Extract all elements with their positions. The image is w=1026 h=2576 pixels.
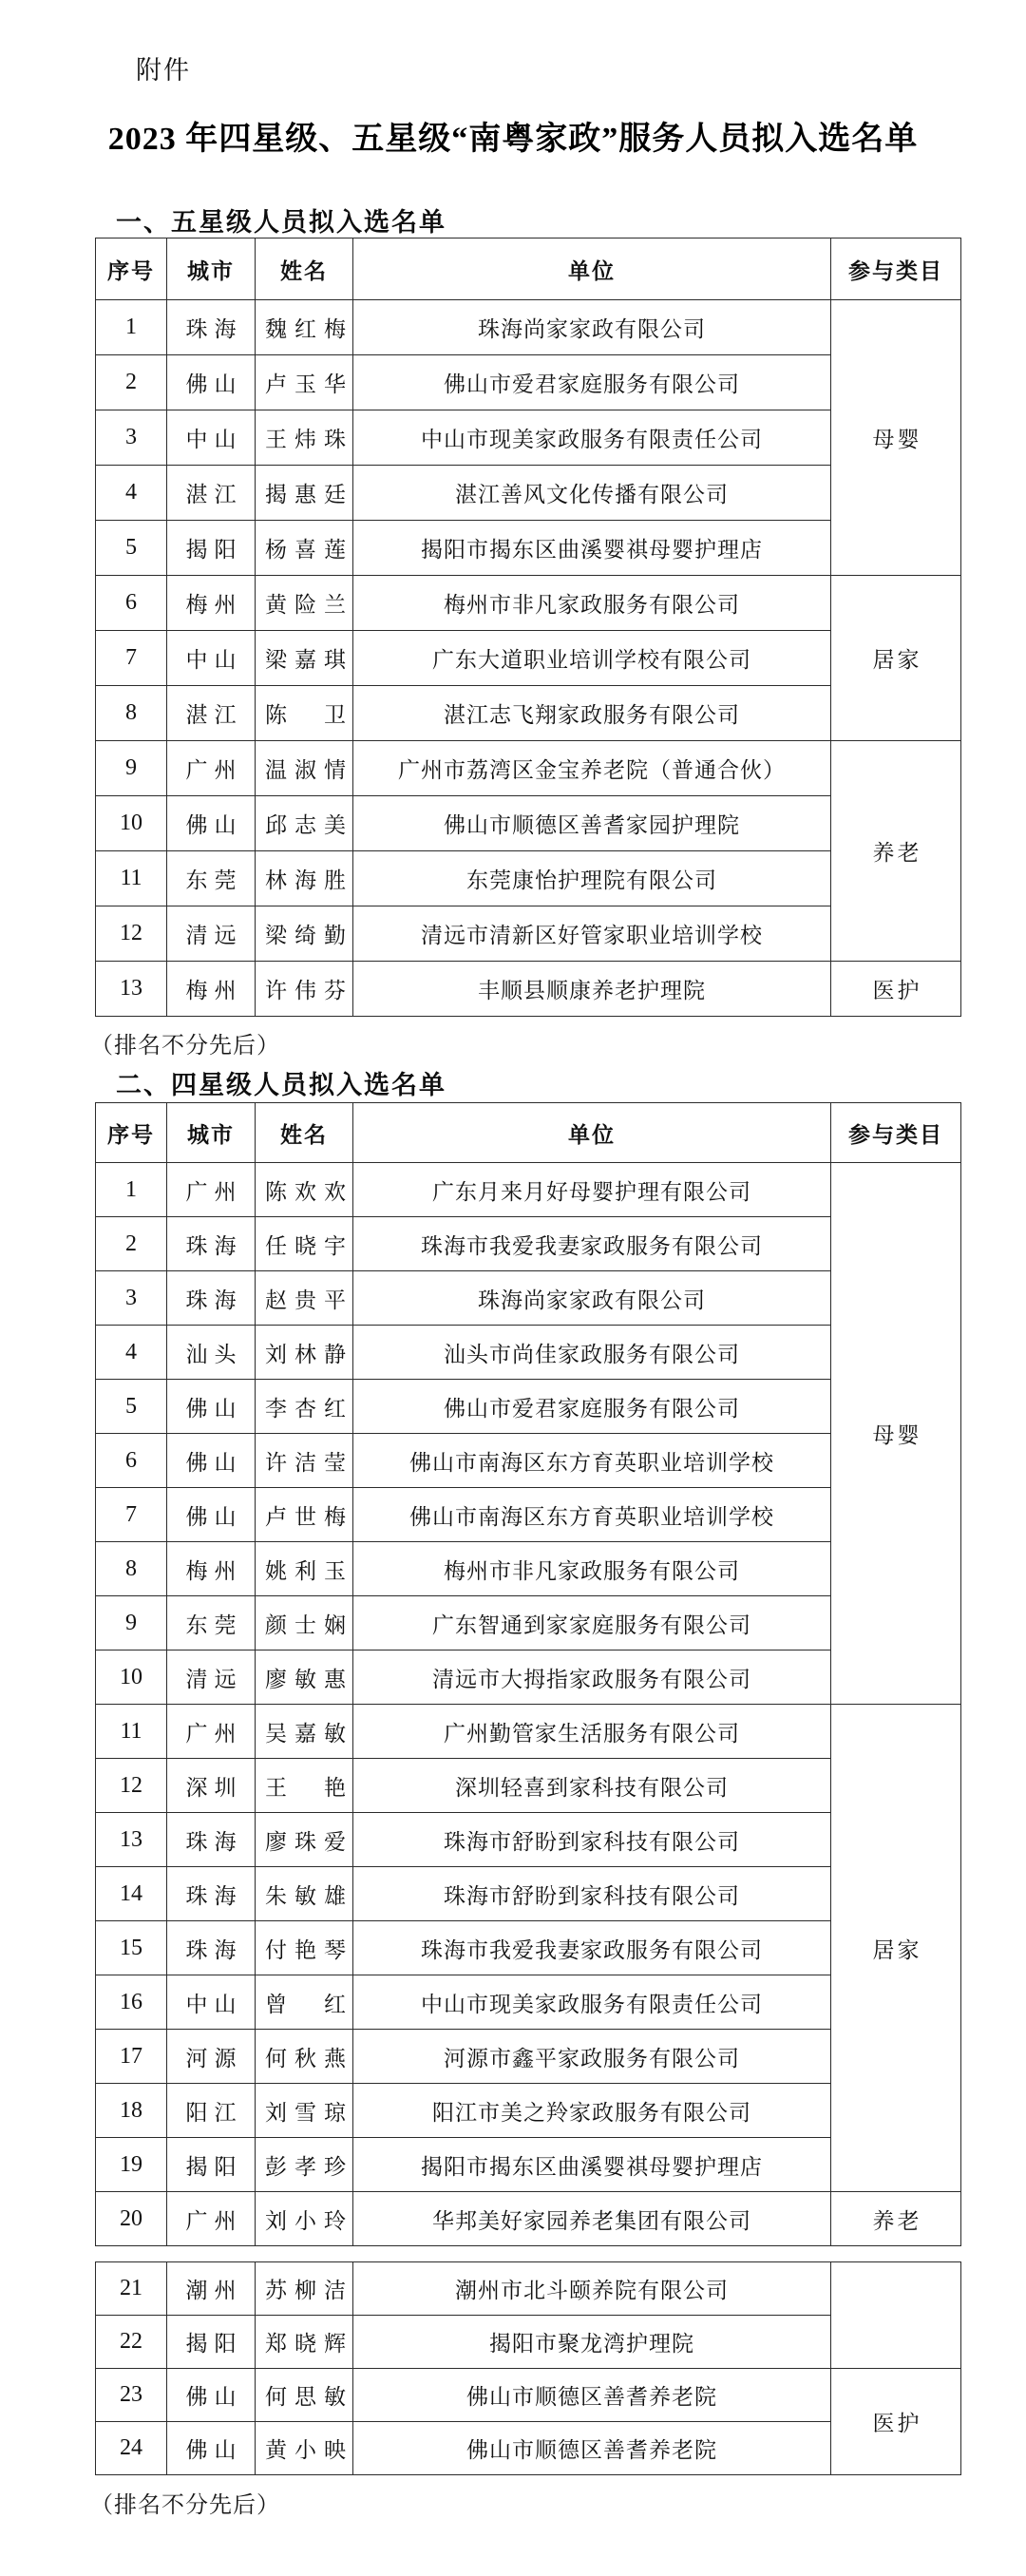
cell-city: 河源 [167, 2030, 256, 2084]
cell-city: 梅州 [167, 962, 256, 1017]
cell-city: 珠海 [167, 1271, 256, 1326]
cell-person-name: 郑晓辉 [256, 2316, 353, 2369]
cell-city: 佛山 [167, 1488, 256, 1542]
cell-city: 珠海 [167, 1813, 256, 1867]
cell-person-name: 许伟芬 [256, 962, 353, 1017]
cell-person-name: 廖敏惠 [256, 1651, 353, 1705]
cell-unit: 佛山市南海区东方育英职业培训学校 [353, 1488, 831, 1542]
cell-person-name: 刘林静 [256, 1326, 353, 1380]
cell-city: 清远 [167, 906, 256, 962]
cell-unit: 佛山市顺德区善耆养老院 [353, 2369, 831, 2422]
cell-serial-number: 7 [96, 1488, 167, 1542]
cell-person-name: 陈欢欢 [256, 1163, 353, 1217]
table-row: 13 梅州 许伟芬 丰顺县顺康养老护理院 医护 [96, 962, 961, 1017]
cell-person-name: 温淑情 [256, 741, 353, 796]
cell-city: 揭阳 [167, 2316, 256, 2369]
ranking-note-2: （排名不分先后） [90, 2486, 280, 2519]
cell-unit: 湛江志飞翔家政服务有限公司 [353, 686, 831, 741]
cell-serial-number: 6 [96, 1434, 167, 1488]
table-row: 11 广州 吴嘉敏 广州勤管家生活服务有限公司 居家 [96, 1705, 961, 1759]
cell-unit: 佛山市爱君家庭服务有限公司 [353, 1380, 831, 1434]
cell-unit: 揭阳市聚龙湾护理院 [353, 2316, 831, 2369]
cell-serial-number: 10 [96, 1651, 167, 1705]
cell-person-name: 何秋燕 [256, 2030, 353, 2084]
cell-city: 潮州 [167, 2262, 256, 2316]
five-star-table: 序号 城市 姓名 单位 参与类目 1 珠海 魏红梅 珠海尚家家政有限公司 母婴 … [95, 238, 961, 1017]
attachment-label: 附件 [136, 49, 191, 86]
cell-serial-number: 5 [96, 521, 167, 576]
cell-unit: 广东大道职业培训学校有限公司 [353, 631, 831, 686]
cell-serial-number: 8 [96, 1542, 167, 1596]
cell-serial-number: 4 [96, 1326, 167, 1380]
cell-serial-number: 2 [96, 1217, 167, 1271]
cell-unit: 珠海市舒盼到家科技有限公司 [353, 1867, 831, 1921]
cell-city: 中山 [167, 410, 256, 466]
cell-unit: 东莞康怡护理院有限公司 [353, 851, 831, 906]
table-row: 1 珠海 魏红梅 珠海尚家家政有限公司 母婴 [96, 300, 961, 355]
cell-serial-number: 9 [96, 741, 167, 796]
cell-unit: 河源市鑫平家政服务有限公司 [353, 2030, 831, 2084]
cell-person-name: 刘雪琼 [256, 2084, 353, 2138]
cell-unit: 广州市荔湾区金宝养老院（普通合伙） [353, 741, 831, 796]
cell-city: 中山 [167, 1975, 256, 2030]
cell-serial-number: 23 [96, 2369, 167, 2422]
cell-city: 东莞 [167, 1596, 256, 1651]
cell-serial-number: 12 [96, 1759, 167, 1813]
table-header-row: 序号 城市 姓名 单位 参与类目 [96, 1103, 961, 1163]
cell-city: 湛江 [167, 466, 256, 521]
cell-unit: 佛山市爱君家庭服务有限公司 [353, 355, 831, 410]
cell-unit: 潮州市北斗颐养院有限公司 [353, 2262, 831, 2316]
cell-city: 佛山 [167, 355, 256, 410]
cell-city: 珠海 [167, 1867, 256, 1921]
cell-serial-number: 12 [96, 906, 167, 962]
cell-category: 养老 [831, 2192, 961, 2246]
cell-city: 佛山 [167, 2422, 256, 2475]
cell-person-name: 揭惠廷 [256, 466, 353, 521]
cell-person-name: 卢玉华 [256, 355, 353, 410]
cell-unit: 湛江善风文化传播有限公司 [353, 466, 831, 521]
four-star-table-part-1: 序号 城市 姓名 单位 参与类目 1 广州 陈欢欢 广东月来月好母婴护理有限公司… [95, 1102, 961, 2246]
cell-person-name: 苏柳洁 [256, 2262, 353, 2316]
cell-unit: 珠海尚家家政有限公司 [353, 300, 831, 355]
cell-person-name: 黄险兰 [256, 576, 353, 631]
cell-city: 珠海 [167, 1217, 256, 1271]
cell-city: 梅州 [167, 1542, 256, 1596]
col-header-name: 姓名 [256, 1103, 353, 1163]
cell-serial-number: 9 [96, 1596, 167, 1651]
cell-city: 湛江 [167, 686, 256, 741]
cell-unit: 华邦美好家园养老集团有限公司 [353, 2192, 831, 2246]
cell-person-name: 曾 红 [256, 1975, 353, 2030]
ranking-note-1: （排名不分先后） [90, 1026, 280, 1059]
cell-serial-number: 15 [96, 1921, 167, 1975]
section-1-heading: 一、五星级人员拟入选名单 [116, 201, 446, 239]
cell-serial-number: 7 [96, 631, 167, 686]
cell-unit: 珠海尚家家政有限公司 [353, 1271, 831, 1326]
cell-unit: 揭阳市揭东区曲溪婴祺母婴护理店 [353, 521, 831, 576]
cell-category: 医护 [831, 2369, 961, 2475]
col-header-city: 城市 [167, 1103, 256, 1163]
cell-city: 深圳 [167, 1759, 256, 1813]
cell-unit: 中山市现美家政服务有限责任公司 [353, 410, 831, 466]
table-row: 23 佛山 何思敏 佛山市顺德区善耆养老院 医护 [96, 2369, 961, 2422]
cell-person-name: 彭孝珍 [256, 2138, 353, 2192]
cell-person-name: 何思敏 [256, 2369, 353, 2422]
section-2-heading: 二、四星级人员拟入选名单 [116, 1064, 446, 1101]
cell-person-name: 魏红梅 [256, 300, 353, 355]
cell-city: 广州 [167, 741, 256, 796]
cell-person-name: 刘小玲 [256, 2192, 353, 2246]
cell-unit: 广东智通到家家庭服务有限公司 [353, 1596, 831, 1651]
cell-serial-number: 3 [96, 1271, 167, 1326]
cell-city: 佛山 [167, 796, 256, 851]
cell-serial-number: 13 [96, 962, 167, 1017]
cell-person-name: 姚利玉 [256, 1542, 353, 1596]
cell-city: 广州 [167, 1163, 256, 1217]
document-page: 附件 2023 年四星级、五星级“南粤家政”服务人员拟入选名单 一、五星级人员拟… [0, 0, 1026, 2576]
cell-person-name: 梁绮勤 [256, 906, 353, 962]
cell-person-name: 许洁莹 [256, 1434, 353, 1488]
cell-city: 中山 [167, 631, 256, 686]
cell-unit: 汕头市尚佳家政服务有限公司 [353, 1326, 831, 1380]
cell-serial-number: 3 [96, 410, 167, 466]
cell-person-name: 颜士娴 [256, 1596, 353, 1651]
cell-city: 佛山 [167, 2369, 256, 2422]
cell-person-name: 陈 卫 [256, 686, 353, 741]
cell-city: 清远 [167, 1651, 256, 1705]
cell-city: 佛山 [167, 1380, 256, 1434]
cell-city: 珠海 [167, 300, 256, 355]
cell-unit: 梅州市非凡家政服务有限公司 [353, 1542, 831, 1596]
cell-city: 佛山 [167, 1434, 256, 1488]
cell-unit: 清远市大拇指家政服务有限公司 [353, 1651, 831, 1705]
col-header-city: 城市 [167, 239, 256, 300]
four-star-table-part-2: 21 潮州 苏柳洁 潮州市北斗颐养院有限公司 22 揭阳 郑晓辉 揭阳市聚龙湾护… [95, 2261, 961, 2475]
cell-unit: 丰顺县顺康养老护理院 [353, 962, 831, 1017]
cell-category: 居家 [831, 576, 961, 741]
cell-person-name: 朱敏雄 [256, 1867, 353, 1921]
cell-serial-number: 24 [96, 2422, 167, 2475]
cell-city: 东莞 [167, 851, 256, 906]
col-header-name: 姓名 [256, 239, 353, 300]
cell-person-name: 邱志美 [256, 796, 353, 851]
cell-city: 珠海 [167, 1921, 256, 1975]
table-row: 21 潮州 苏柳洁 潮州市北斗颐养院有限公司 [96, 2262, 961, 2316]
cell-person-name: 吴嘉敏 [256, 1705, 353, 1759]
cell-serial-number: 4 [96, 466, 167, 521]
cell-person-name: 付艳琴 [256, 1921, 353, 1975]
cell-city: 广州 [167, 1705, 256, 1759]
cell-person-name: 赵贵平 [256, 1271, 353, 1326]
cell-serial-number: 8 [96, 686, 167, 741]
cell-unit: 佛山市南海区东方育英职业培训学校 [353, 1434, 831, 1488]
cell-unit: 珠海市我爱我妻家政服务有限公司 [353, 1921, 831, 1975]
cell-person-name: 黄小映 [256, 2422, 353, 2475]
cell-serial-number: 11 [96, 851, 167, 906]
cell-city: 广州 [167, 2192, 256, 2246]
table-header-row: 序号 城市 姓名 单位 参与类目 [96, 239, 961, 300]
cell-category: 母婴 [831, 300, 961, 576]
cell-unit: 佛山市顺德区善耆家园护理院 [353, 796, 831, 851]
col-header-unit: 单位 [353, 239, 831, 300]
cell-person-name: 王 艳 [256, 1759, 353, 1813]
table-row: 6 梅州 黄险兰 梅州市非凡家政服务有限公司 居家 [96, 576, 961, 631]
cell-unit: 珠海市我爱我妻家政服务有限公司 [353, 1217, 831, 1271]
col-header-no: 序号 [96, 1103, 167, 1163]
cell-city: 汕头 [167, 1326, 256, 1380]
cell-unit: 阳江市美之羚家政服务有限公司 [353, 2084, 831, 2138]
cell-serial-number: 2 [96, 355, 167, 410]
cell-serial-number: 1 [96, 300, 167, 355]
cell-serial-number: 16 [96, 1975, 167, 2030]
cell-city: 阳江 [167, 2084, 256, 2138]
col-header-category: 参与类目 [831, 1103, 961, 1163]
cell-serial-number: 13 [96, 1813, 167, 1867]
cell-city: 揭阳 [167, 2138, 256, 2192]
cell-serial-number: 10 [96, 796, 167, 851]
table-row: 1 广州 陈欢欢 广东月来月好母婴护理有限公司 母婴 [96, 1163, 961, 1217]
table-row: 20 广州 刘小玲 华邦美好家园养老集团有限公司 养老 [96, 2192, 961, 2246]
cell-unit: 梅州市非凡家政服务有限公司 [353, 576, 831, 631]
cell-person-name: 王炜珠 [256, 410, 353, 466]
cell-city: 梅州 [167, 576, 256, 631]
cell-unit: 佛山市顺德区善耆养老院 [353, 2422, 831, 2475]
cell-serial-number: 21 [96, 2262, 167, 2316]
cell-person-name: 任晓宇 [256, 1217, 353, 1271]
document-title: 2023 年四星级、五星级“南粤家政”服务人员拟入选名单 [0, 112, 1026, 159]
cell-unit: 深圳轻喜到家科技有限公司 [353, 1759, 831, 1813]
cell-unit: 揭阳市揭东区曲溪婴祺母婴护理店 [353, 2138, 831, 2192]
col-header-unit: 单位 [353, 1103, 831, 1163]
cell-serial-number: 11 [96, 1705, 167, 1759]
cell-unit: 广东月来月好母婴护理有限公司 [353, 1163, 831, 1217]
cell-unit: 珠海市舒盼到家科技有限公司 [353, 1813, 831, 1867]
cell-serial-number: 19 [96, 2138, 167, 2192]
cell-serial-number: 17 [96, 2030, 167, 2084]
cell-person-name: 林海胜 [256, 851, 353, 906]
cell-person-name: 梁嘉琪 [256, 631, 353, 686]
cell-person-name: 廖珠爱 [256, 1813, 353, 1867]
cell-city: 揭阳 [167, 521, 256, 576]
cell-serial-number: 6 [96, 576, 167, 631]
cell-serial-number: 5 [96, 1380, 167, 1434]
cell-category: 居家 [831, 1705, 961, 2192]
cell-category: 医护 [831, 962, 961, 1017]
cell-serial-number: 22 [96, 2316, 167, 2369]
cell-person-name: 卢世梅 [256, 1488, 353, 1542]
cell-category: 母婴 [831, 1163, 961, 1705]
cell-category: 养老 [831, 741, 961, 962]
cell-unit: 清远市清新区好管家职业培训学校 [353, 906, 831, 962]
cell-serial-number: 1 [96, 1163, 167, 1217]
col-header-no: 序号 [96, 239, 167, 300]
cell-serial-number: 20 [96, 2192, 167, 2246]
cell-category [831, 2262, 961, 2369]
cell-person-name: 李杏红 [256, 1380, 353, 1434]
table-row: 9 广州 温淑情 广州市荔湾区金宝养老院（普通合伙） 养老 [96, 741, 961, 796]
cell-person-name: 杨喜莲 [256, 521, 353, 576]
cell-serial-number: 18 [96, 2084, 167, 2138]
cell-serial-number: 14 [96, 1867, 167, 1921]
cell-unit: 中山市现美家政服务有限责任公司 [353, 1975, 831, 2030]
cell-unit: 广州勤管家生活服务有限公司 [353, 1705, 831, 1759]
col-header-category: 参与类目 [831, 239, 961, 300]
